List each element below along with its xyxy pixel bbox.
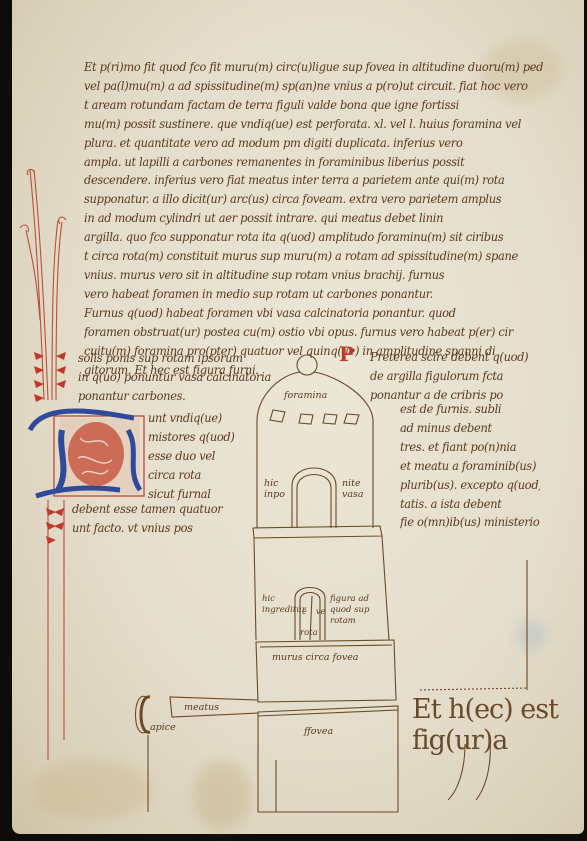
figure-caption: Et h(ec) est fig(ur)a bbox=[412, 694, 587, 756]
marginal-flourish bbox=[20, 169, 66, 760]
figure-label-rota: rota bbox=[300, 628, 318, 639]
figure-label-lower-right: figura ad quod sup rotam bbox=[330, 594, 386, 627]
figure-label-left-of-arch: hic inpo bbox=[264, 478, 290, 500]
figure-label-duct: meatus bbox=[184, 702, 219, 713]
figure-label-band: murus circa fovea bbox=[272, 652, 358, 663]
figure-label-foramina: foramina bbox=[284, 390, 327, 401]
illuminated-initial-n bbox=[30, 411, 144, 496]
figure-label-arch-e: e bbox=[302, 606, 307, 617]
figure-label-lower-left: hic ingreditur bbox=[262, 594, 292, 616]
figure-label-right-of-arch: nite vasa bbox=[342, 478, 370, 500]
figure-label-pit: ffovea bbox=[304, 726, 333, 737]
figure-label-pipe-end: apice bbox=[150, 722, 176, 733]
figure-label-arch-ve: ve bbox=[316, 606, 325, 617]
